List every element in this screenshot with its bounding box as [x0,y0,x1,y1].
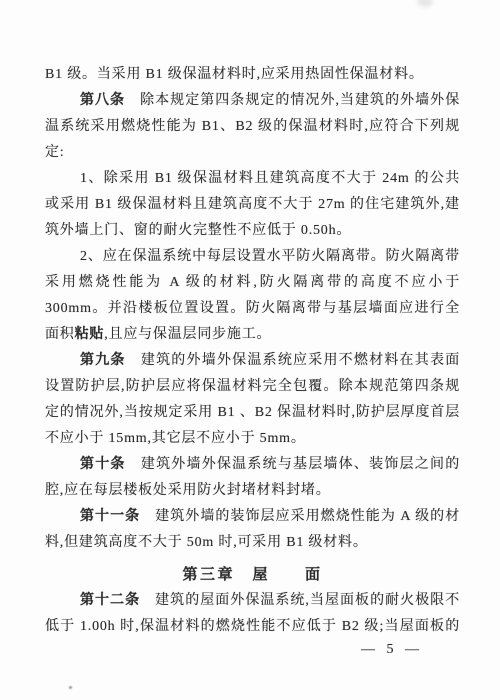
text-segment: 温系统采用燃烧性能为 B1、B2 级的保温材料时,应符合下列规 [45,119,460,134]
scanned-page: B1 级。当采用 B1 级保温材料时,应采用热固性保温材料。第八条 除本规定第四… [0,0,500,700]
text-segment: 料,但建筑高度不大于 50m 时,可采用 B1 级材料。 [45,535,368,550]
text-line: 温系统采用燃烧性能为 B1、B2 级的保温材料时,应符合下列规 [45,114,460,140]
bold-text-segment: 第十条 [80,457,126,472]
text-segment: 面积 [45,327,75,342]
text-segment: B1 级。当采用 B1 级保温材料时,应采用热固性保温材料。 [45,67,424,82]
text-segment: 建筑外墙的装饰层应采用燃烧性能为 A 级的材 [140,509,460,524]
text-segment: 除本规定第四条规定的情况外,当建筑的外墙外保 [125,93,460,108]
text-line: 第十一条 建筑外墙的装饰层应采用燃烧性能为 A 级的材 [45,504,460,530]
text-line: 低于 1.00h 时,保温材料的燃烧性能不应低于 B2 级;当屋面板的 [45,614,460,640]
bold-text-segment: 粘贴 [75,327,105,342]
text-line: 1、除采用 B1 级保温材料且建筑高度不大于 24m 的公共建筑 [45,166,460,192]
text-segment: 建筑的屋面外保温系统,当屋面板的耐火极限不 [140,593,460,608]
text-line: 腔,应在每层楼板处采用防火封堵材料封堵。 [45,478,460,504]
text-line: 第九条 建筑的外墙外保温系统应采用不燃材料在其表面 [45,348,460,374]
bold-text-segment: 第十二条 [80,593,140,608]
text-line: B1 级。当采用 B1 级保温材料时,应采用热固性保温材料。 [45,62,460,88]
text-line: 或采用 B1 级保温材料且建筑高度不大于 27m 的住宅建筑外,建 [45,192,460,218]
text-segment: 300mm。并沿楼板位置设置。防火隔离带与基层墙面应进行全 [45,301,460,316]
text-segment: 采用燃烧性能为 A 级的材料,防火隔离带的高度不应小于 [45,275,460,290]
text-segment: 定: [45,145,65,160]
scan-artifact-speck [69,686,72,689]
text-line: 第八条 除本规定第四条规定的情况外,当建筑的外墙外保 [45,88,460,114]
text-line: 面积粘贴,且应与保温层同步施工。 [45,322,460,348]
text-line: 300mm。并沿楼板位置设置。防火隔离带与基层墙面应进行全 [45,296,460,322]
text-line: 设置防护层,防护层应将保温材料完全包覆。除本规范第四条规 [45,374,460,400]
bold-text-segment: 第九条 [80,353,126,368]
text-segment: 筑外墙上门、窗的耐火完整性不应低于 0.50h。 [45,223,351,238]
scan-artifact-top-smudge [417,0,433,7]
document-body: B1 级。当采用 B1 级保温材料时,应采用热固性保温材料。第八条 除本规定第四… [45,62,460,640]
text-segment: 不应小于 15mm,其它层不应小于 5mm。 [45,431,306,446]
text-line: 定的情况外,当按规定采用 B1 、B2 保温材料时,防护层厚度首层 [45,400,460,426]
bold-text-segment: 第三章 屋 面 [182,567,322,583]
text-segment: 1、除采用 B1 级保温材料且建筑高度不大于 24m 的公共建筑 [80,171,460,192]
text-line: 筑外墙上门、窗的耐火完整性不应低于 0.50h。 [45,218,460,244]
text-line: 第十条 建筑外墙外保温系统与基层墙体、装饰层之间的空 [45,452,460,478]
chapter-heading: 第三章 屋 面 [45,562,460,588]
text-segment: 2、应在保温系统中每层设置水平防火隔离带。防火隔离带应 [80,249,460,270]
text-line: 采用燃烧性能为 A 级的材料,防火隔离带的高度不应小于 [45,270,460,296]
text-line: 2、应在保温系统中每层设置水平防火隔离带。防火隔离带应 [45,244,460,270]
text-segment: ,且应与保温层同步施工。 [104,327,271,342]
bold-text-segment: 第八条 [80,93,125,108]
text-segment: 低于 1.00h 时,保温材料的燃烧性能不应低于 B2 级;当屋面板的 [45,619,460,634]
text-segment: 或采用 B1 级保温材料且建筑高度不大于 27m 的住宅建筑外,建 [45,197,460,212]
bold-text-segment: 第十一条 [80,509,140,524]
text-line: 定: [45,140,460,166]
text-segment: 建筑的外墙外保温系统应采用不燃材料在其表面 [126,353,460,368]
text-segment: 定的情况外,当按规定采用 B1 、B2 保温材料时,防护层厚度首层 [45,405,460,420]
text-line: 不应小于 15mm,其它层不应小于 5mm。 [45,426,460,452]
page-number: — 5 — [45,642,423,658]
text-line: 料,但建筑高度不大于 50m 时,可采用 B1 级材料。 [45,530,460,556]
text-segment: 腔,应在每层楼板处采用防火封堵材料封堵。 [45,483,331,498]
text-segment: 设置防护层,防护层应将保温材料完全包覆。除本规范第四条规 [45,379,460,394]
text-line: 第十二条 建筑的屋面外保温系统,当屋面板的耐火极限不 [45,588,460,614]
text-segment: 建筑外墙外保温系统与基层墙体、装饰层之间的空 [80,457,460,478]
